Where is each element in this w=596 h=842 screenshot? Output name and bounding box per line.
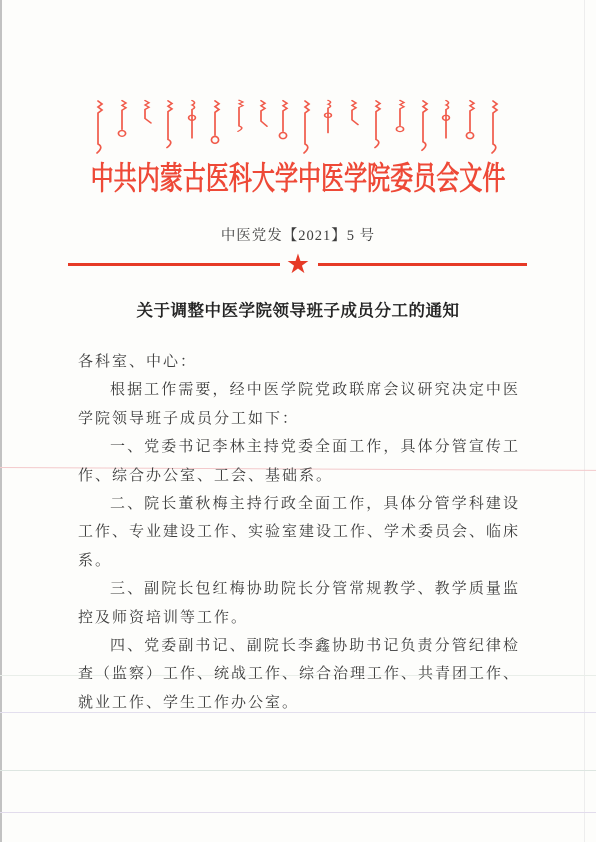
document-page: 中共内蒙古医科大学中医学院委员会文件 中医党发【2021】5 号 ★ 关于调整中… — [0, 0, 596, 842]
notice-title: 关于调整中医学院领导班子成员分工的通知 — [0, 297, 596, 321]
paragraph: 根据工作需要，经中医学院党政联席会议研究决定中医学院领导班子成员分工如下： — [78, 376, 520, 433]
star-icon: ★ — [282, 249, 314, 281]
red-rule-right — [318, 263, 527, 266]
mongolian-script-banner — [86, 97, 510, 159]
page-right-edge-line — [584, 0, 585, 842]
doc-number: 中医党发【2021】5 号 — [0, 224, 596, 245]
paragraph: 四、党委副书记、副院长李鑫协助书记负责分管纪律检查（监察）工作、统战工作、综合治… — [78, 632, 520, 717]
page-left-edge-line — [0, 0, 2, 842]
org-title: 中共内蒙古医科大学中医学院委员会文件 — [91, 157, 506, 199]
salutation: 各科室、中心： — [78, 348, 520, 376]
paragraph: 二、院长董秋梅主持行政全面工作，具体分管学科建设工作、专业建设工作、实验室建设工… — [78, 490, 520, 575]
paragraph: 三、副院长包红梅协助院长分管常规教学、教学质量监控及师资培训等工作。 — [78, 575, 520, 632]
paragraph: 一、党委书记李林主持党委全面工作，具体分管宣传工作、综合办公室、工会、基础系。 — [78, 433, 520, 490]
document-body: 各科室、中心： 根据工作需要，经中医学院党政联席会议研究决定中医学院领导班子成员… — [78, 348, 520, 717]
scan-artifact-line — [0, 770, 596, 771]
scan-artifact-line — [0, 812, 596, 813]
red-rule-left — [68, 263, 280, 266]
